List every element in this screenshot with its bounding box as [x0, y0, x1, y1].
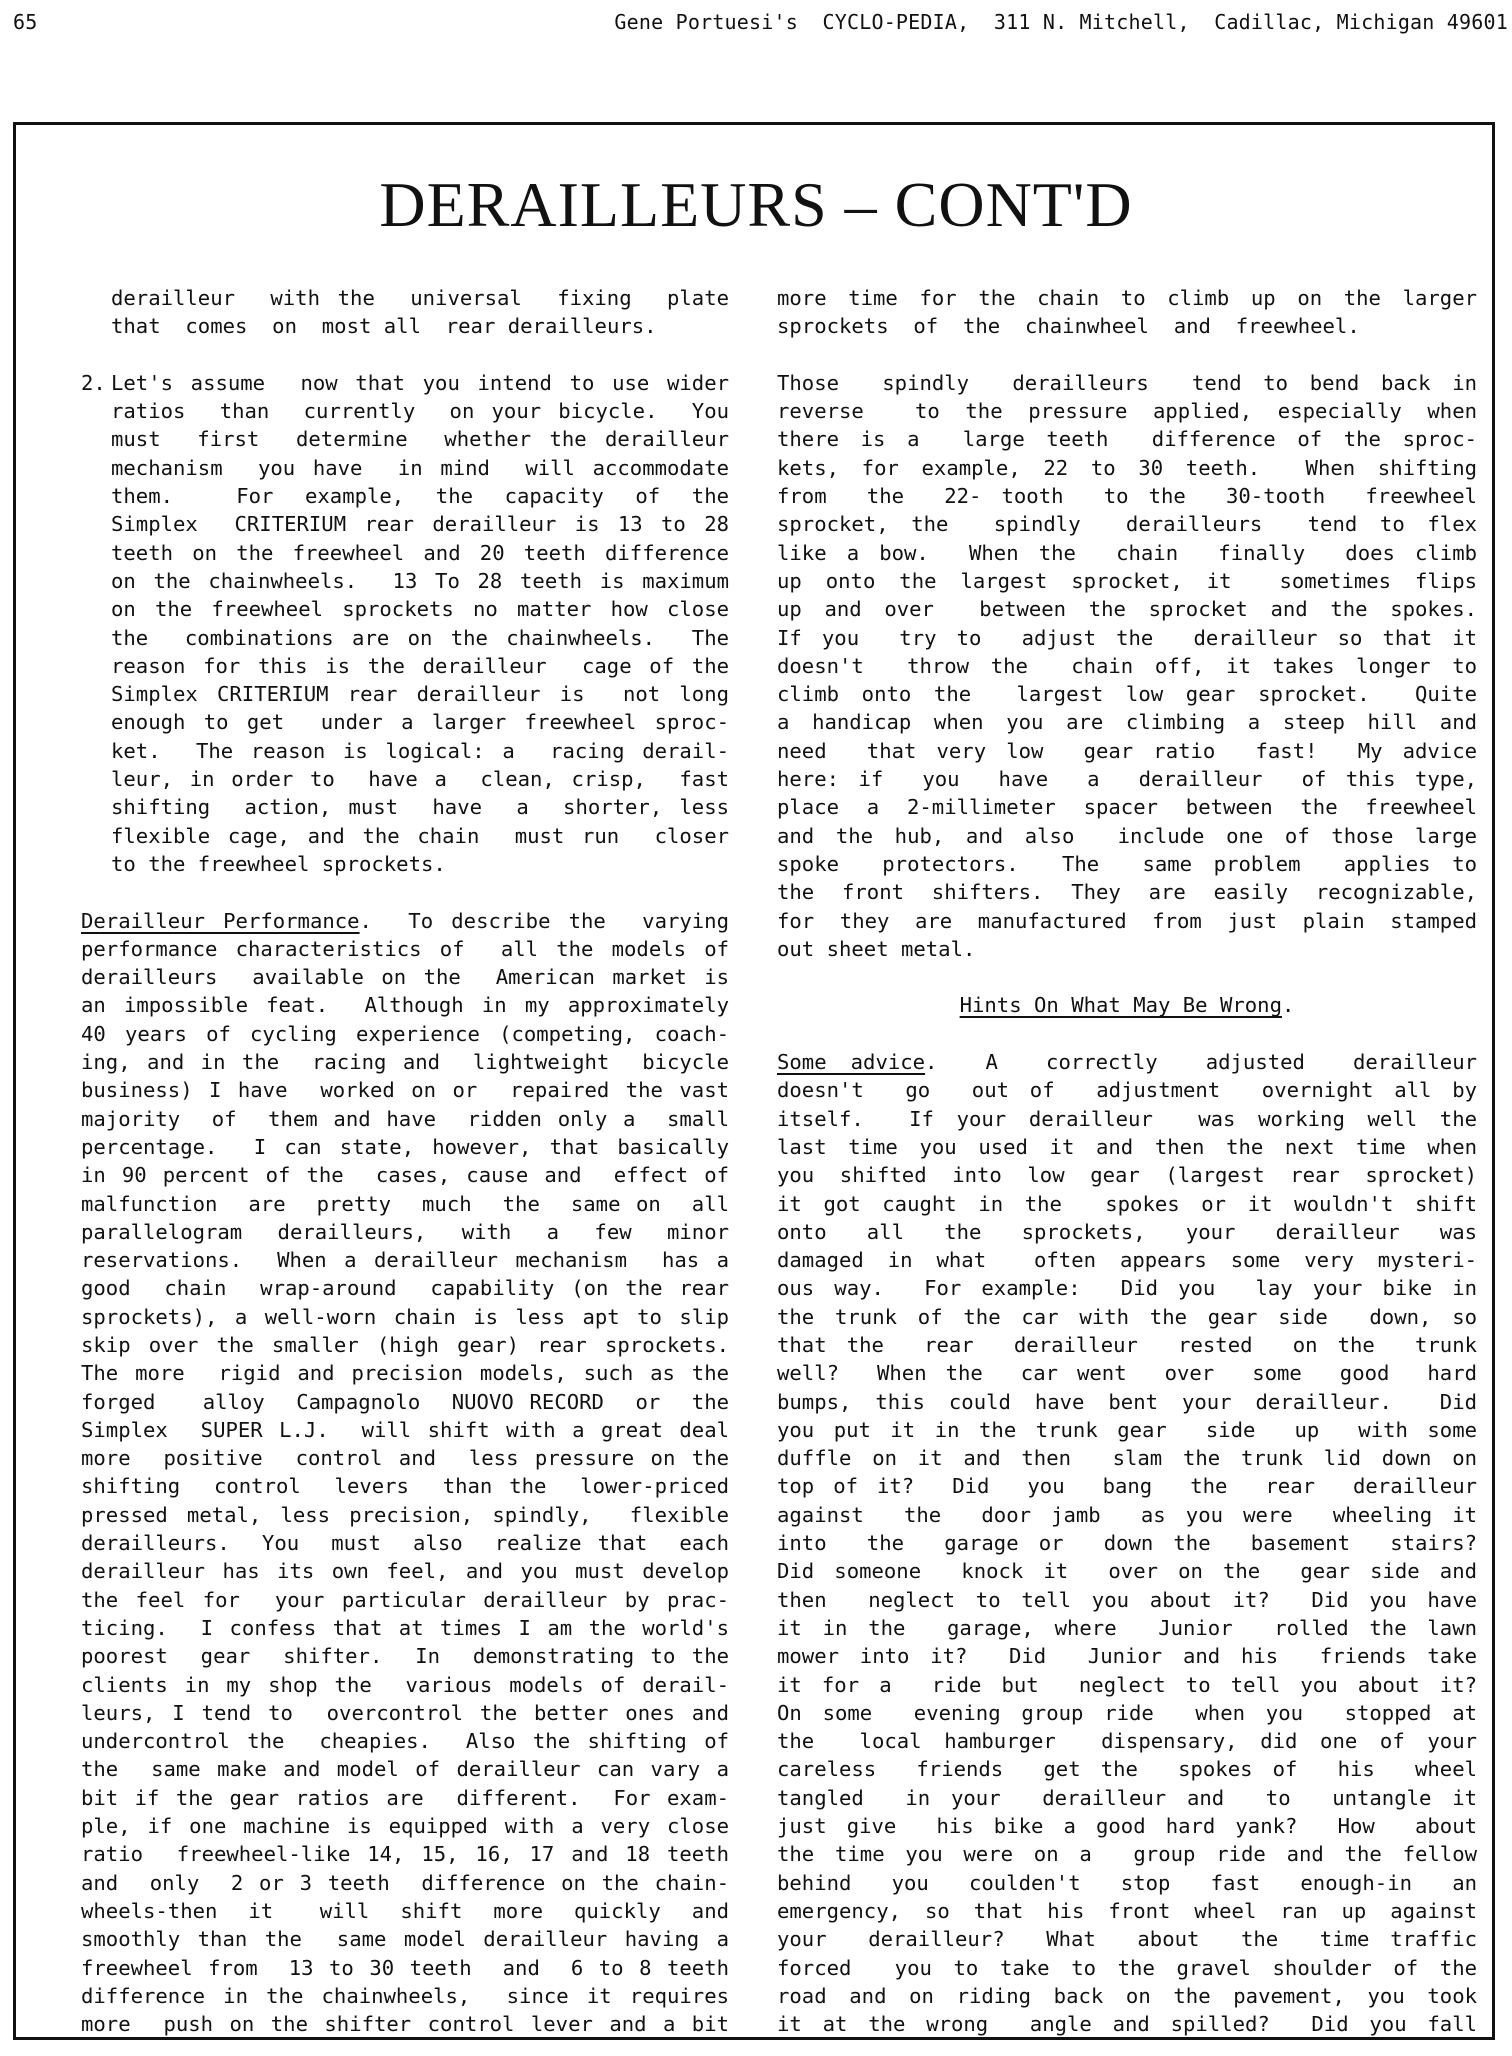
text-line: duffle on it and then slam the trunk lid…	[777, 1444, 1477, 1472]
text-line: your derailleur? What about the time tra…	[777, 1925, 1477, 1953]
text-line: flexible cage, and the chain must run cl…	[81, 822, 729, 850]
text-line: smoothly than the same model derailleur …	[81, 1925, 729, 1953]
text-line: up onto the largest sprocket, it sometim…	[777, 567, 1477, 595]
text-line: poorest gear shifter. In demonstrating t…	[81, 1642, 729, 1670]
text-line: good chain wrap-around capability (on th…	[81, 1274, 729, 1302]
text-line: need that very low gear ratio fast! My a…	[777, 737, 1477, 765]
text-line: them. For example, the capacity of the	[81, 482, 729, 510]
text-line: Simplex SUPER L.J. will shift with a gre…	[81, 1416, 729, 1444]
text-line: Those spindly derailleurs tend to bend b…	[777, 369, 1477, 397]
text-line: derailleurs. You must also realize that …	[81, 1529, 729, 1557]
text-line: enough to get under a larger freewheel s…	[81, 708, 729, 736]
text-line: shifting action, must have a shorter, le…	[81, 793, 729, 821]
lead-punct: .	[925, 1050, 937, 1074]
text-line: out sheet metal.	[777, 935, 1477, 963]
text-line: Simplex CRITERIUM rear derailleur is not…	[81, 680, 729, 708]
spindly-derailleurs-paragraph: Those spindly derailleurs tend to bend b…	[777, 369, 1477, 963]
text-line: sprocket, the spindly derailleurs tend t…	[777, 510, 1477, 538]
heading-punct: .	[1282, 993, 1294, 1017]
text-line: it for a ride but neglect to tell you ab…	[777, 1671, 1477, 1699]
text-line: forged alloy Campagnolo NUOVO RECORD or …	[81, 1388, 729, 1416]
text-line: top of it? Did you bang the rear deraill…	[777, 1472, 1477, 1500]
text-line: difference in the chainwheels, since it …	[81, 1982, 729, 2010]
text-line: business) I have worked on or repaired t…	[81, 1076, 729, 1104]
text-line: doesn't throw the chain off, it takes lo…	[777, 652, 1477, 680]
text-line: that comes on most all rear derailleurs.	[81, 312, 729, 340]
text-line: the local hamburger dispensary, did one …	[777, 1727, 1477, 1755]
right-column: more time for the chain to climb up on t…	[777, 284, 1477, 2038]
text-line: tangled in your derailleur and to untang…	[777, 1784, 1477, 1812]
text-line: derailleur with the universal fixing pla…	[81, 284, 729, 312]
text-line: from the 22- tooth to the 30-tooth freew…	[777, 482, 1477, 510]
text-line: kets, for example, 22 to 30 teeth. When …	[777, 454, 1477, 482]
text-run: A correctly adjusted derailleur	[937, 1050, 1477, 1074]
text-line: leur, in order to have a clean, crisp, f…	[81, 765, 729, 793]
text-line: reason for this is the derailleur cage o…	[81, 652, 729, 680]
text-line: ing, and in the racing and lightweight b…	[81, 1048, 729, 1076]
text-line: on the freewheel sprockets no matter how…	[81, 595, 729, 623]
text-line: the trunk of the car with the gear side …	[777, 1303, 1477, 1331]
text-line: more time for the chain to climb up on t…	[777, 284, 1477, 312]
running-head: Gene Portuesi's CYCLO-PEDIA, 311 N. Mitc…	[614, 10, 1508, 34]
text-line: pressed metal, less precision, spindly, …	[81, 1501, 729, 1529]
text-line: shifting control levers than the lower-p…	[81, 1472, 729, 1500]
text-line: bit if the gear ratios are different. Fo…	[81, 1784, 729, 1812]
text-line: ticing. I confess that at times I am the…	[81, 1614, 729, 1642]
text-line: freewheel from 13 to 30 teeth and 6 to 8…	[81, 1954, 729, 1982]
continuation-paragraph: more time for the chain to climb up on t…	[777, 284, 1477, 341]
text-line: onto all the sprockets, your derailleur …	[777, 1218, 1477, 1246]
text-line: forced you to take to the gravel shoulde…	[777, 1954, 1477, 1982]
text-line: Did someone knock it over on the gear si…	[777, 1557, 1477, 1585]
text-line: If you try to adjust the derailleur so t…	[777, 624, 1477, 652]
text-line: against the door jamb as you were wheeli…	[777, 1501, 1477, 1529]
left-column: derailleur with the universal fixing pla…	[81, 284, 729, 2038]
text-line: there is a large teeth difference of the…	[777, 425, 1477, 453]
text-line: the combinations are on the chainwheels.…	[81, 624, 729, 652]
text-line: here: if you have a derailleur of this t…	[777, 765, 1477, 793]
continuation-paragraph: derailleur with the universal fixing pla…	[81, 284, 729, 341]
text-line: must first determine whether the deraill…	[81, 425, 729, 453]
text-line: ratio freewheel-like 14, 15, 16, 17 and …	[81, 1840, 729, 1868]
text-line: and the hub, and also include one of tho…	[777, 822, 1477, 850]
text-line: doesn't go out of adjustment overnight a…	[777, 1076, 1477, 1104]
text-line: more push on the shifter control lever a…	[81, 2010, 729, 2038]
text-line: majority of them and have ridden only a …	[81, 1105, 729, 1133]
text-line: derailleur has its own feel, and you mus…	[81, 1557, 729, 1585]
text-line: and only 2 or 3 teeth difference on the …	[81, 1869, 729, 1897]
text-line: clients in my shop the various models of…	[81, 1671, 729, 1699]
text-line: sprockets of the chainwheel and freewhee…	[777, 312, 1477, 340]
text-line: like a bow. When the chain finally does …	[777, 539, 1477, 567]
text-line: 40 years of cycling experience (competin…	[81, 1020, 729, 1048]
text-line: performance characteristics of all the m…	[81, 935, 729, 963]
text-line: sprockets), a well-worn chain is less ap…	[81, 1303, 729, 1331]
text-line: into the garage or down the basement sta…	[777, 1529, 1477, 1557]
text-line: On some evening group ride when you stop…	[777, 1699, 1477, 1727]
text-line: just give his bike a good hard yank? How…	[777, 1812, 1477, 1840]
page-title: DERAILLEURS – CONT'D	[0, 170, 1512, 240]
text-line: percentage. I can state, however, that b…	[81, 1133, 729, 1161]
numbered-item-2: 2.Let's assume now that you intend to us…	[81, 369, 729, 878]
text-run: To describe the varying	[372, 909, 729, 933]
text-line: in 90 percent of the cases, cause and ef…	[81, 1161, 729, 1189]
text-line: damaged in what often appears some very …	[777, 1246, 1477, 1274]
text-line: it got caught in the spokes or it wouldn…	[777, 1190, 1477, 1218]
text-line: place a 2-millimeter spacer between the …	[777, 793, 1477, 821]
hints-heading-text: Hints On What May Be Wrong	[960, 993, 1282, 1017]
text-line: the feel for your particular derailleur …	[81, 1586, 729, 1614]
text-line: itself. If your derailleur was working w…	[777, 1105, 1477, 1133]
text-line: undercontrol the cheapies. Also the shif…	[81, 1727, 729, 1755]
text-line: reservations. When a derailleur mechanis…	[81, 1246, 729, 1274]
text-line: spoke protectors. The same problem appli…	[777, 850, 1477, 878]
text-line: then neglect to tell you about it? Did y…	[777, 1586, 1477, 1614]
text-line: Let's assume now that you intend to use …	[81, 369, 729, 397]
text-line: mechanism you have in mind will accommod…	[81, 454, 729, 482]
page-number: 65	[13, 10, 37, 34]
text-line: ket. The reason is logical: a racing der…	[81, 737, 729, 765]
some-advice-lead: Some advice	[777, 1050, 925, 1074]
text-line: it in the garage, where Junior rolled th…	[777, 1614, 1477, 1642]
paragraph-lead-line: Derailleur Performance. To describe the …	[81, 907, 729, 935]
text-line: road and on riding back on the pavement,…	[777, 1982, 1477, 2010]
text-line: the front shifters. They are easily reco…	[777, 878, 1477, 906]
text-line: well? When the car went over some good h…	[777, 1359, 1477, 1387]
performance-paragraph: Derailleur Performance. To describe the …	[81, 907, 729, 2039]
text-line: ratios than currently on your bicycle. Y…	[81, 397, 729, 425]
text-line: it at the wrong angle and spilled? Did y…	[777, 2010, 1477, 2038]
text-line: the time you were on a group ride and th…	[777, 1840, 1477, 1868]
heading-punct: .	[360, 909, 372, 933]
page-header: 65 Gene Portuesi's CYCLO-PEDIA, 311 N. M…	[13, 6, 1508, 40]
section-heading-hints: Hints On What May Be Wrong.	[777, 991, 1477, 1019]
text-line: that the rear derailleur rested on the t…	[777, 1331, 1477, 1359]
some-advice-paragraph: Some advice. A correctly adjusted derail…	[777, 1048, 1477, 2038]
performance-heading: Derailleur Performance	[81, 909, 360, 933]
text-line: ous way. For example: Did you lay your b…	[777, 1274, 1477, 1302]
text-line: climb onto the largest low gear sprocket…	[777, 680, 1477, 708]
text-line: the same make and model of derailleur ca…	[81, 1755, 729, 1783]
text-line: The more rigid and precision models, suc…	[81, 1359, 729, 1387]
text-line: ple, if one machine is equipped with a v…	[81, 1812, 729, 1840]
text-line: wheels-then it will shift more quickly a…	[81, 1897, 729, 1925]
text-line: you shifted into low gear (largest rear …	[777, 1161, 1477, 1189]
text-line: emergency, so that his front wheel ran u…	[777, 1897, 1477, 1925]
text-line: careless friends get the spokes of his w…	[777, 1755, 1477, 1783]
text-line: reverse to the pressure applied, especia…	[777, 397, 1477, 425]
text-line: derailleurs available on the American ma…	[81, 963, 729, 991]
text-line: parallelogram derailleurs, with a few mi…	[81, 1218, 729, 1246]
text-line: a handicap when you are climbing a steep…	[777, 708, 1477, 736]
paragraph-lead-line: Some advice. A correctly adjusted derail…	[777, 1048, 1477, 1076]
text-line: more positive control and less pressure …	[81, 1444, 729, 1472]
text-line: to the freewheel sprockets.	[81, 850, 729, 878]
text-line: behind you coulden't stop fast enough-in…	[777, 1869, 1477, 1897]
text-line: teeth on the freewheel and 20 teeth diff…	[81, 539, 729, 567]
list-number: 2.	[81, 369, 106, 397]
text-line: Simplex CRITERIUM rear derailleur is 13 …	[81, 510, 729, 538]
text-line: mower into it? Did Junior and his friend…	[777, 1642, 1477, 1670]
text-line: you put it in the trunk gear side up wit…	[777, 1416, 1477, 1444]
text-line: for they are manufactured from just plai…	[777, 907, 1477, 935]
text-line: skip over the smaller (high gear) rear s…	[81, 1331, 729, 1359]
text-line: last time you used it and then the next …	[777, 1133, 1477, 1161]
text-line: bumps, this could have bent your deraill…	[777, 1388, 1477, 1416]
text-line: an impossible feat. Although in my appro…	[81, 991, 729, 1019]
text-line: malfunction are pretty much the same on …	[81, 1190, 729, 1218]
text-line: up and over between the sprocket and the…	[777, 595, 1477, 623]
text-line: leurs, I tend to overcontrol the better …	[81, 1699, 729, 1727]
text-line: on the chainwheels. 13 To 28 teeth is ma…	[81, 567, 729, 595]
